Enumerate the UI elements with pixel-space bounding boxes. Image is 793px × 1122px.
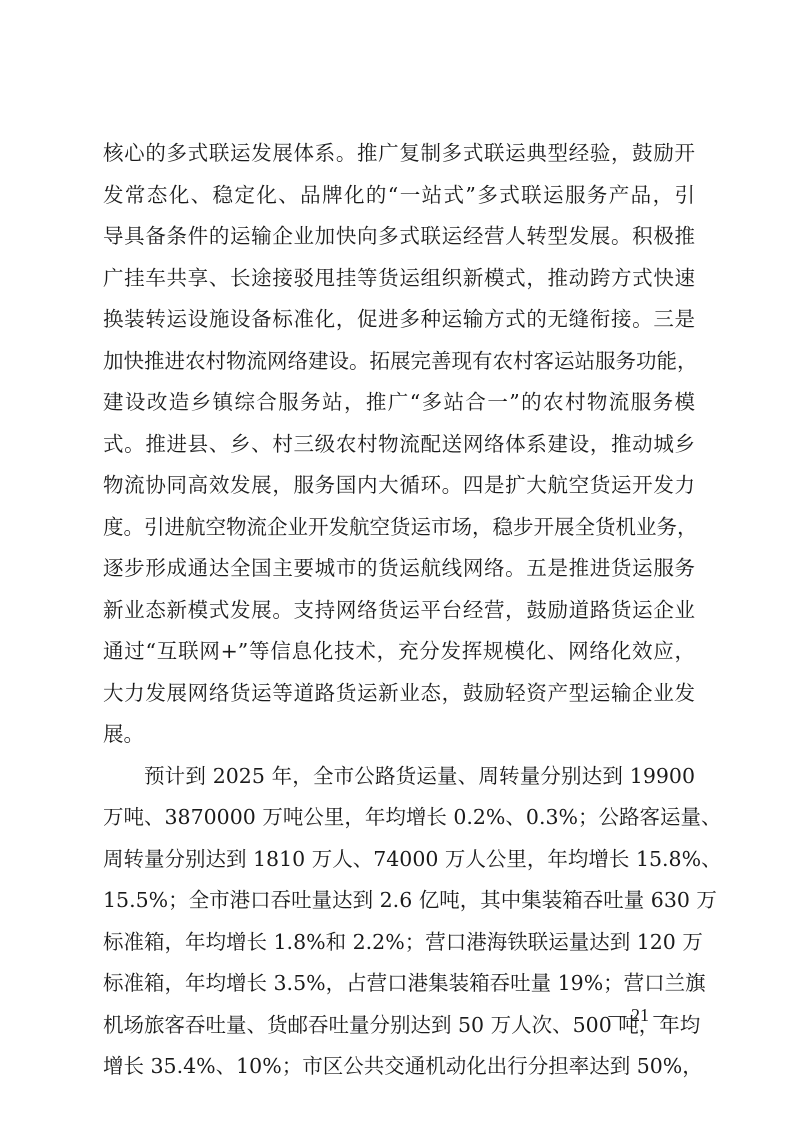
- body-text: 核心的多式联运发展体系。推广复制多式联运典型经验，鼓励开 发常态化、稳定化、品牌…: [103, 133, 695, 1088]
- text-line: 度。引进航空物流企业开发航空货运市场，稳步开展全货机业务，: [103, 507, 695, 549]
- text-line: 发常态化、稳定化、品牌化的“一站式”多式联运服务产品，引: [103, 175, 695, 217]
- text-line: 万吨、3870000 万吨公里，年均增长 0.2%、0.3%；公路客运量、: [103, 797, 695, 839]
- text-line: 物流协同高效发展，服务国内大循环。四是扩大航空货运开发力: [103, 465, 695, 507]
- text-line: 新业态新模式发展。支持网络货运平台经营，鼓励道路货运企业: [103, 590, 695, 632]
- text-line: 换装转运设施设备标准化，促进多种运输方式的无缝衔接。三是: [103, 299, 695, 341]
- text-line: 标准箱，年均增长 3.5%，占营口港集装箱吞吐量 19%；营口兰旗: [103, 963, 695, 1005]
- text-line: 逐步形成通达全国主要城市的货运航线网络。五是推进货运服务: [103, 548, 695, 590]
- paragraph-1: 核心的多式联运发展体系。推广复制多式联运典型经验，鼓励开 发常态化、稳定化、品牌…: [103, 133, 695, 756]
- text-line: 核心的多式联运发展体系。推广复制多式联运典型经验，鼓励开: [103, 133, 695, 175]
- text-line: 广挂车共享、长途接驳甩挂等货运组织新模式，推动跨方式快速: [103, 258, 695, 300]
- text-line: 建设改造乡镇综合服务站，推广“多站合一”的农村物流服务模: [103, 382, 695, 424]
- text-line: 增长 35.4%、10%；市区公共交通机动化出行分担率达到 50%，: [103, 1046, 695, 1088]
- text-line: 导具备条件的运输企业加快向多式联运经营人转型发展。积极推: [103, 216, 695, 258]
- text-line: 加快推进农村物流网络建设。拓展完善现有农村客运站服务功能，: [103, 341, 695, 383]
- text-line: 大力发展网络货运等道路货运新业态，鼓励轻资产型运输企业发: [103, 673, 695, 715]
- text-line: 周转量分别达到 1810 万人、74000 万人公里，年均增长 15.8%、: [103, 839, 695, 881]
- text-line: 通过“互联网+”等信息化技术，充分发挥规模化、网络化效应，: [103, 631, 695, 673]
- page-number: — 21 —: [580, 1000, 700, 1030]
- paragraph-2: 预计到 2025 年，全市公路货运量、周转量分别达到 19900 万吨、3870…: [103, 756, 695, 1088]
- text-line: 预计到 2025 年，全市公路货运量、周转量分别达到 19900: [103, 756, 695, 798]
- document-page: 核心的多式联运发展体系。推广复制多式联运典型经验，鼓励开 发常态化、稳定化、品牌…: [0, 0, 793, 1122]
- text-line: 15.5%；全市港口吞吐量达到 2.6 亿吨，其中集装箱吞吐量 630 万: [103, 880, 695, 922]
- text-line: 式。推进县、乡、村三级农村物流配送网络体系建设，推动城乡: [103, 424, 695, 466]
- text-line: 标准箱，年均增长 1.8%和 2.2%；营口港海铁联运量达到 120 万: [103, 922, 695, 964]
- text-line: 展。: [103, 714, 695, 756]
